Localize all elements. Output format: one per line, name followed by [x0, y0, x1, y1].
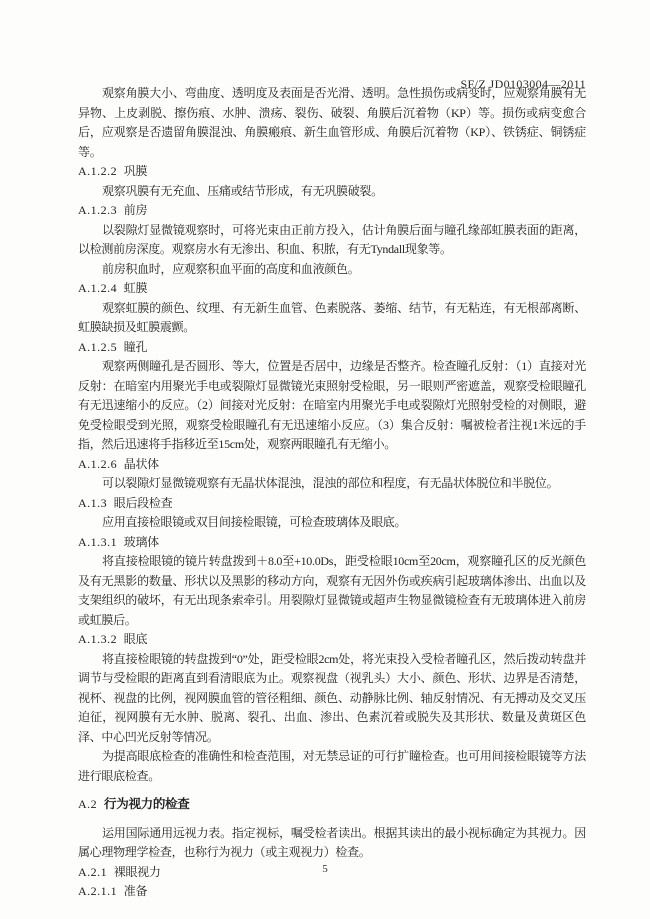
section-number: A.1.3.2	[78, 632, 117, 646]
section-title: 瞳孔	[124, 340, 147, 354]
section-heading: A.2.1.1准备	[78, 882, 586, 902]
body-paragraph: 观察巩膜有无充血、压痛或结节形成，有无巩膜破裂。	[78, 182, 586, 202]
section-title: 虹膜	[124, 281, 147, 295]
section-heading: A.1.3.2眼底	[78, 630, 586, 650]
document-body: 观察角膜大小、弯曲度、透明度及表面是否光滑、透明。急性损伤或病变时，应观察角膜有…	[78, 84, 586, 902]
section-heading: A.1.3.1玻璃体	[78, 533, 586, 553]
body-paragraph: 将直接检眼镜的转盘拨到“0”处，距受检眼2cm处，将光束投入受检者瞳孔区，然后拨…	[78, 650, 586, 748]
section-number: A.1.2.2	[78, 164, 117, 178]
section-heading: A.1.3眼后段检查	[78, 494, 586, 514]
section-title: 晶状体	[124, 457, 159, 471]
section-heading: A.1.2.5瞳孔	[78, 338, 586, 358]
body-paragraph: 前房积血时，应观察积血平面的高度和血液颜色。	[78, 260, 586, 280]
body-paragraph: 为提高眼底检查的准确性和检查范围，对无禁忌证的可行扩瞳检查。也可用间接检眼镜等方…	[78, 747, 586, 786]
section-number: A.1.3	[78, 496, 107, 510]
section-number: A.1.2.3	[78, 203, 117, 217]
section-title: 眼后段检查	[114, 496, 173, 510]
body-paragraph: 可以裂隙灯显微镜观察有无晶状体混浊，混浊的部位和程度，有无晶状体脱位和半脱位。	[78, 474, 586, 494]
section-number: A.2	[78, 797, 97, 811]
body-paragraph: 运用国际通用远视力表。指定视标，嘱受检者读出。根据其读出的最小视标确定为其视力。…	[78, 824, 586, 863]
body-paragraph: 应用直接检眼镜或双目间接检眼镜，可检查玻璃体及眼底。	[78, 513, 586, 533]
section-number: A.2.1.1	[78, 884, 117, 898]
section-number: A.1.2.6	[78, 457, 117, 471]
section-heading: A.1.2.6晶状体	[78, 455, 586, 475]
page-number: 5	[0, 863, 650, 875]
section-title: 行为视力的检查	[104, 797, 189, 811]
section-heading: A.1.2.3前房	[78, 201, 586, 221]
body-paragraph: 将直接检眼镜的镜片转盘拨到＋8.0至+10.0Ds，距受检眼10cm至20cm，…	[78, 552, 586, 630]
section-number: A.1.3.1	[78, 535, 117, 549]
body-paragraph: 以裂隙灯显微镜观察时，可将光束由正前方投入，估计角膜后面与瞳孔缘部虹膜表面的距离…	[78, 221, 586, 260]
body-paragraph: 观察虹膜的颜色、纹理、有无新生血管、色素脱落、萎缩、结节，有无粘连，有无根部离断…	[78, 299, 586, 338]
section-heading: A.1.2.4虹膜	[78, 279, 586, 299]
body-paragraph: 观察两侧瞳孔是否圆形、等大，位置是否居中，边缘是否整齐。检查瞳孔反射：（1）直接…	[78, 357, 586, 455]
section-title: 准备	[124, 884, 147, 898]
section-title: 眼底	[124, 632, 147, 646]
section-heading: A.1.2.2巩膜	[78, 162, 586, 182]
section-title: 玻璃体	[124, 535, 159, 549]
section-number: A.1.2.5	[78, 340, 117, 354]
document-page: SF/Z JD0103004—2011 观察角膜大小、弯曲度、透明度及表面是否光…	[0, 0, 650, 919]
body-paragraph: 观察角膜大小、弯曲度、透明度及表面是否光滑、透明。急性损伤或病变时，应观察角膜有…	[78, 84, 586, 162]
section-number: A.1.2.4	[78, 281, 117, 295]
section-title: 巩膜	[124, 164, 147, 178]
section-heading-major: A.2行为视力的检查	[78, 795, 586, 815]
section-title: 前房	[124, 203, 147, 217]
